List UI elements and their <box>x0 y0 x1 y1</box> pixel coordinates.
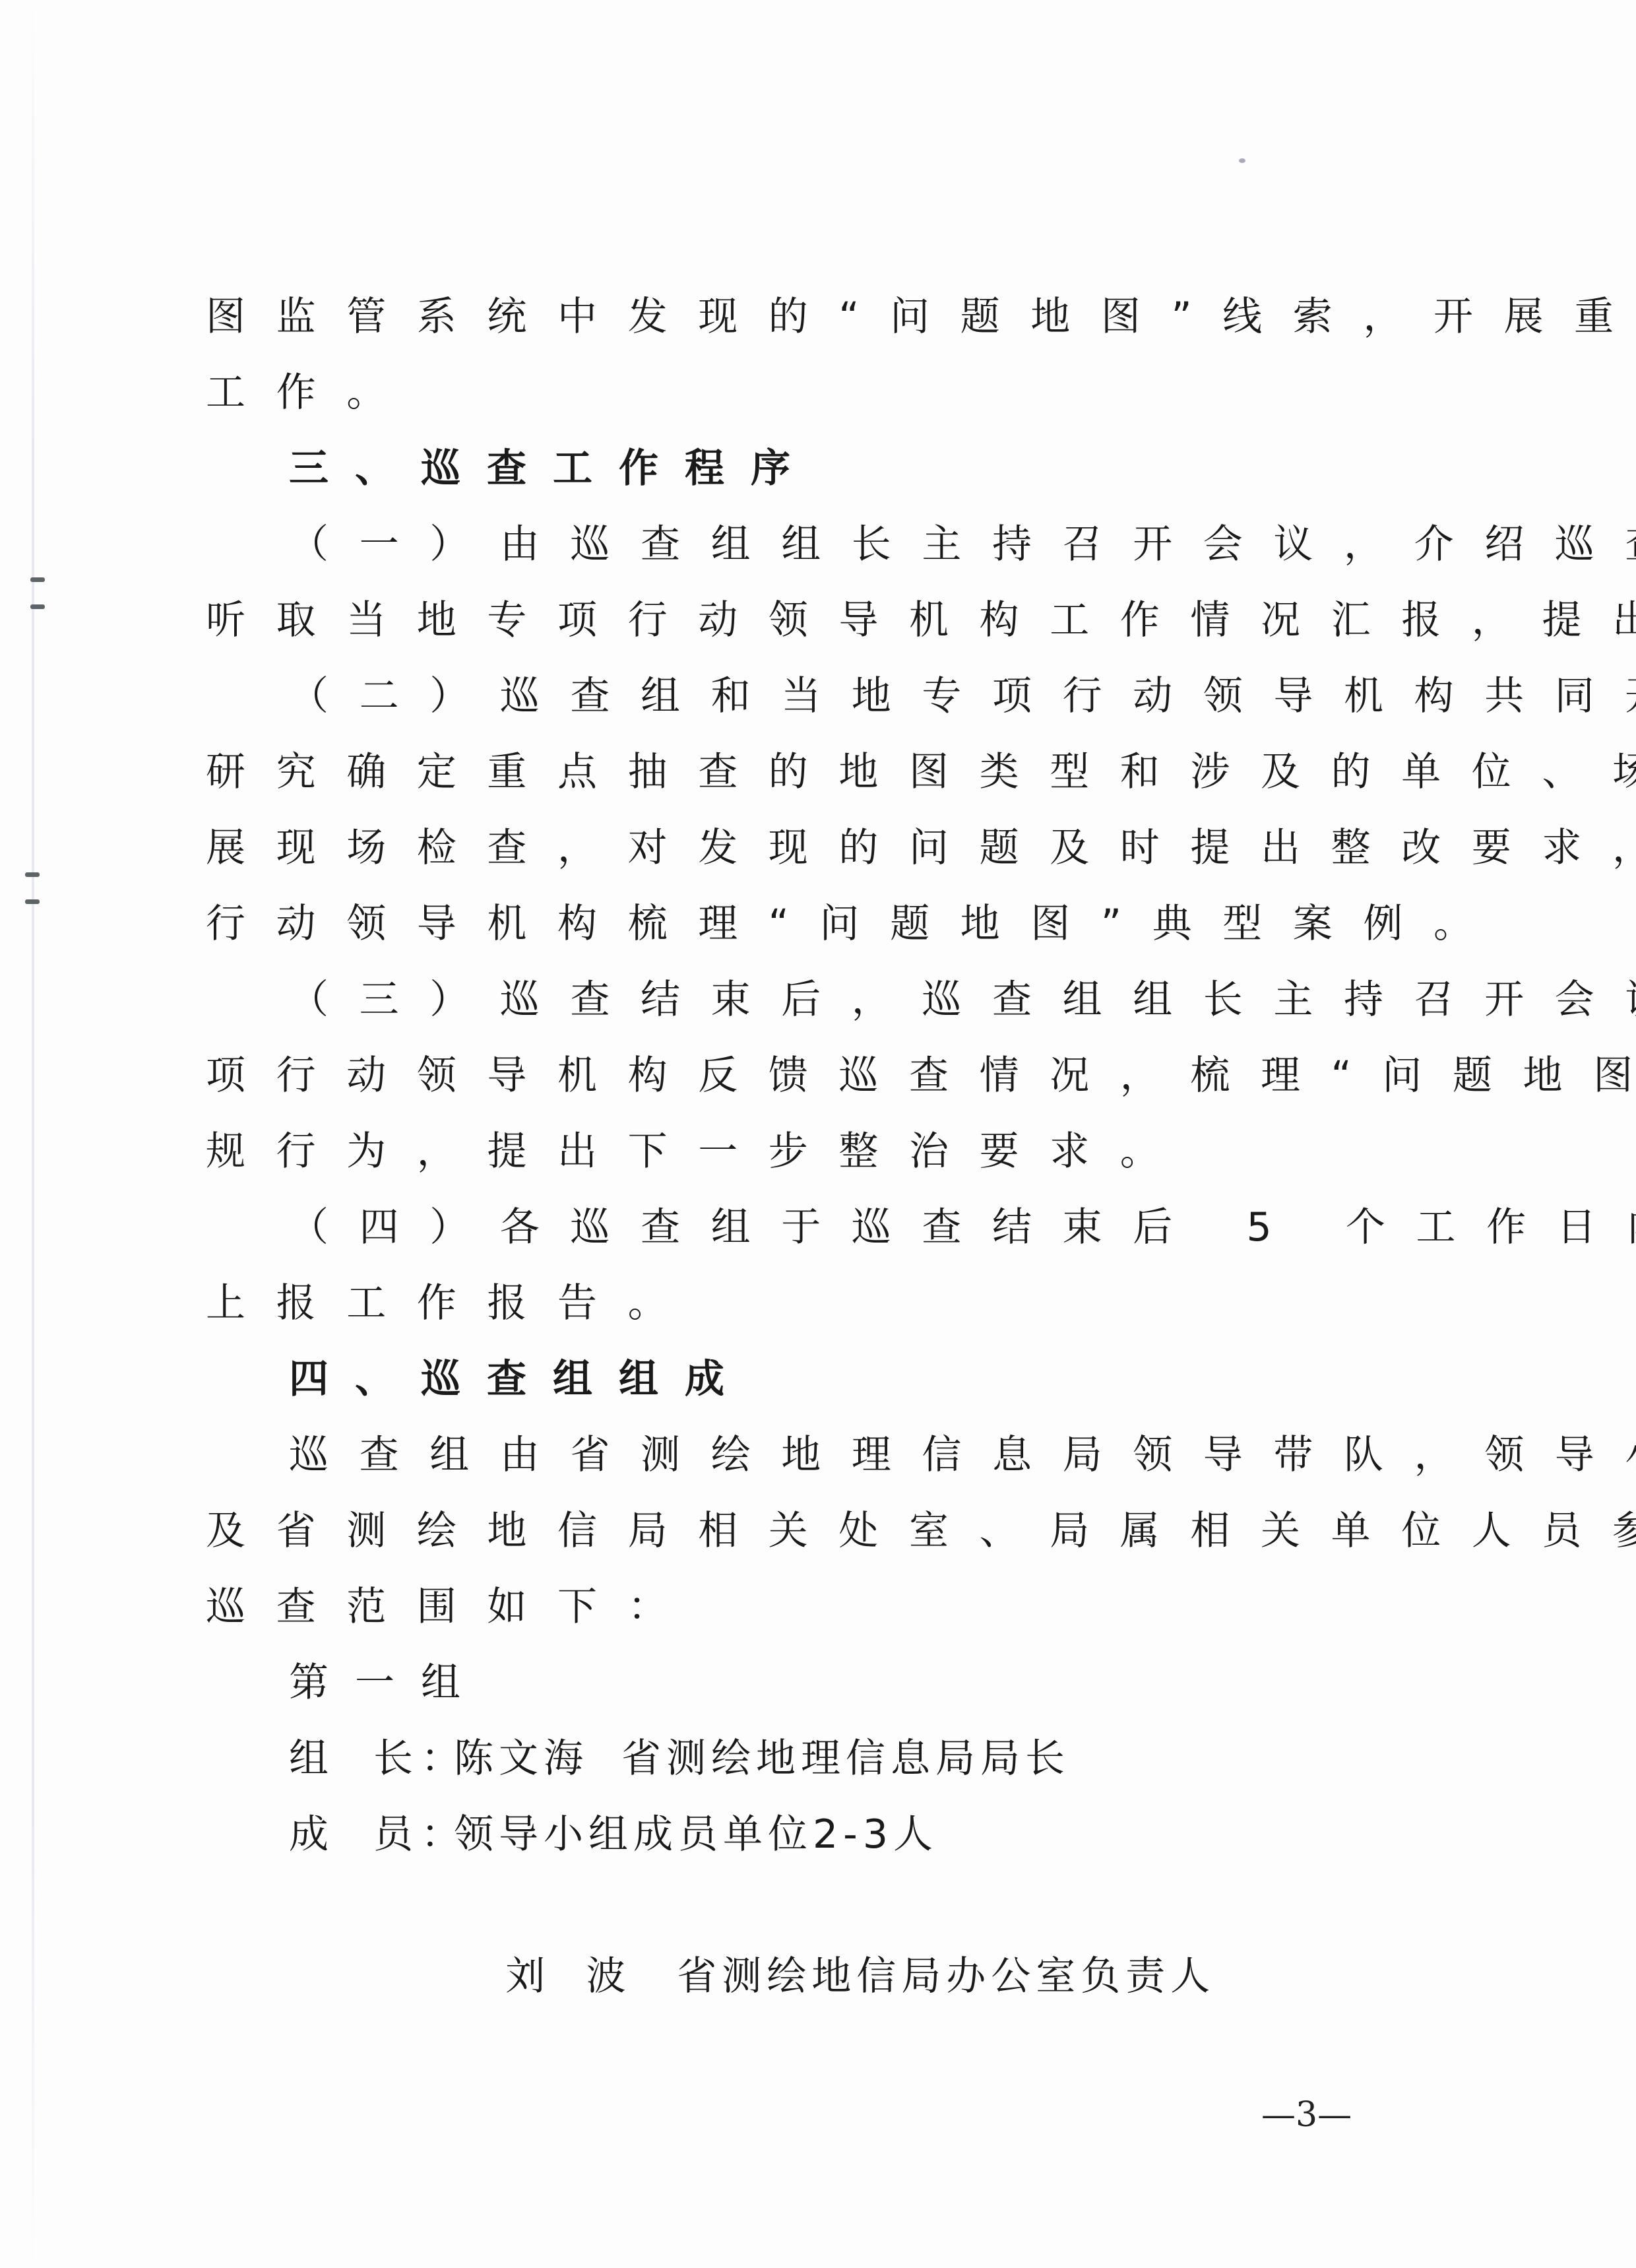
section-heading: 四、巡查组组成 <box>289 1346 1490 1412</box>
body-line: （三）巡查结束后，巡查组组长主持召开会议，向市级专 <box>289 967 1490 1033</box>
document-page: 图监管系统中发现的“问题地图”线索，开展重点抽查和整治 工作。 三、巡查工作程序… <box>0 0 1636 2268</box>
role-colon: ： <box>421 1801 454 1867</box>
leader-position: 省测绘地理信息局局长 <box>621 1735 1070 1782</box>
group-title: 第一组 <box>289 1650 1490 1716</box>
body-line: 工作。 <box>206 360 1406 426</box>
body-line: 听取当地专项行动领导机构工作情况汇报，提出巡查工作要求。 <box>206 587 1406 653</box>
body-line: 研究确定重点抽查的地图类型和涉及的单位、场所，赴实地开 <box>206 739 1406 805</box>
body-line: 及省测绘地信局相关处室、局属相关单位人员参加。具体分组 <box>206 1498 1406 1564</box>
binding-margin-line <box>32 0 34 2268</box>
group-leader-row: 组长：陈文海省测绘地理信息局局长 <box>289 1726 1070 1792</box>
body-line: 上报工作报告。 <box>206 1270 1406 1336</box>
body-line: 巡查组由省测绘地理信息局领导带队，领导小组成员单位 <box>289 1422 1490 1488</box>
page-number: —3— <box>1261 2092 1352 2138</box>
member-name: 刘 波 <box>505 1943 677 2009</box>
scan-speck <box>1239 158 1245 163</box>
role-label-char: 员 <box>373 1801 421 1867</box>
body-line: 展现场检查，对发现的问题及时提出整改要求，并与当地专项 <box>206 815 1406 881</box>
staple-mark <box>25 872 40 877</box>
body-line: 行动领导机构梳理“问题地图”典型案例。 <box>206 891 1406 957</box>
role-label-char: 组 <box>289 1726 373 1792</box>
role-colon: ： <box>421 1726 454 1792</box>
body-line: 规行为，提出下一步整治要求。 <box>206 1118 1406 1184</box>
member-position: 省测绘地信局办公室负责人 <box>677 1953 1215 1999</box>
body-line: 巡查范围如下： <box>206 1574 1406 1640</box>
staple-mark <box>25 899 40 904</box>
body-line: （二）巡查组和当地专项行动领导机构共同开展抽查工作， <box>289 663 1490 729</box>
body-line: （一）由巡查组组长主持召开会议，介绍巡查工作安排， <box>289 511 1490 577</box>
body-line: 图监管系统中发现的“问题地图”线索，开展重点抽查和整治 <box>206 284 1406 350</box>
section-heading: 三、巡查工作程序 <box>289 436 1490 502</box>
staple-mark <box>30 577 45 582</box>
role-label-char: 成 <box>289 1801 373 1867</box>
group-member-row: 成员：领导小组成员单位2-3人 <box>289 1801 938 1867</box>
leader-name: 陈文海 <box>454 1726 621 1792</box>
member-position: 领导小组成员单位2-3人 <box>454 1811 938 1858</box>
body-line: 项行动领导机构反馈巡查情况，梳理“问题地图”重大违法违 <box>206 1043 1406 1109</box>
staple-mark <box>30 604 45 609</box>
body-line: （四）各巡查组于巡查结束后 5 个工作日内向省领导小组 <box>289 1194 1490 1260</box>
group-member-row: 刘 波省测绘地信局办公室负责人 <box>455 1877 1215 1943</box>
role-label-char: 长 <box>373 1726 421 1792</box>
